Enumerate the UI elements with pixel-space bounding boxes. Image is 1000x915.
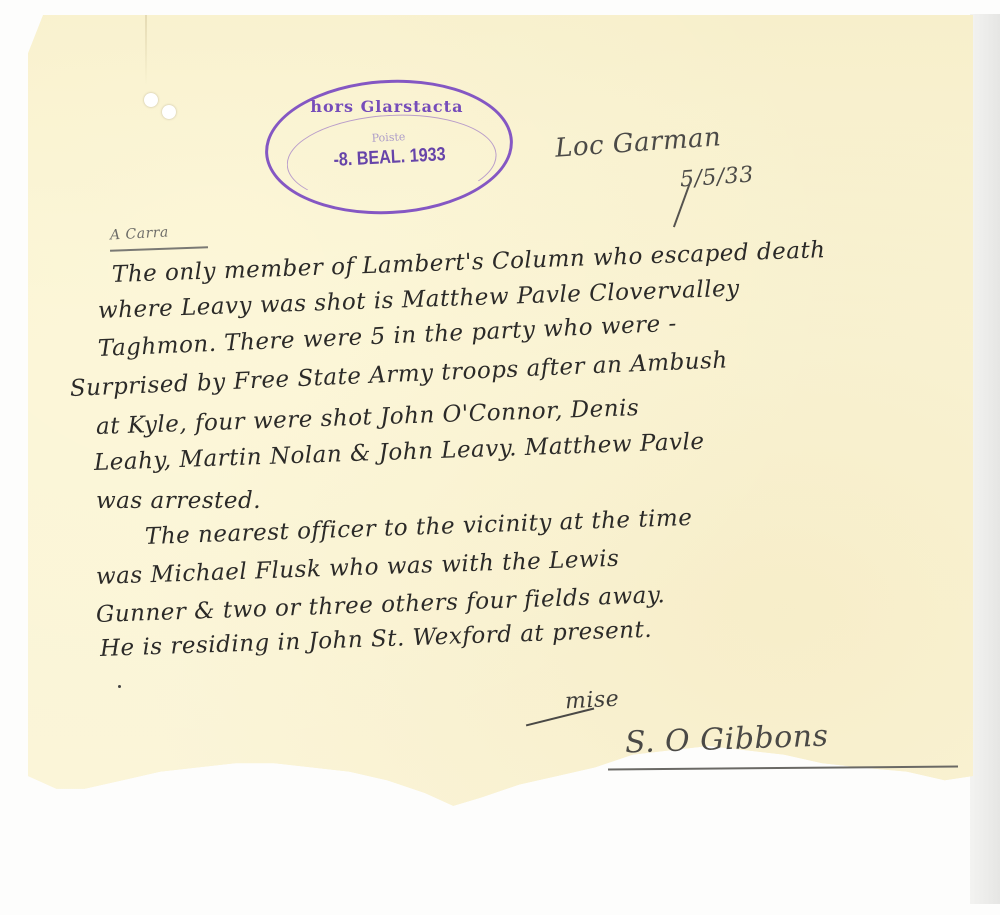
paper-crease xyxy=(145,15,147,85)
closing-word: mise xyxy=(564,687,619,715)
body-line-7: was arrested. xyxy=(96,488,261,514)
stamp-office-name: hors Glarstacta xyxy=(266,97,508,116)
reference-note: A Carra xyxy=(110,224,170,243)
signature: S. O Gibbons xyxy=(624,718,829,760)
scan-shadow xyxy=(970,14,1000,904)
scan-canvas: hors Glarstacta Poiste -8. BEAL. 1933 Lo… xyxy=(0,0,1000,915)
punch-hole-icon xyxy=(144,93,158,107)
letter-date: 5/5/33 xyxy=(679,162,754,192)
punch-hole-icon xyxy=(162,105,176,119)
ink-dot xyxy=(118,685,121,688)
